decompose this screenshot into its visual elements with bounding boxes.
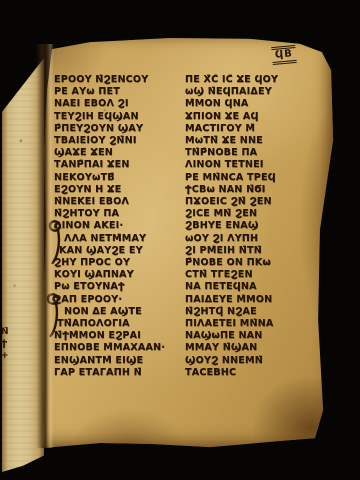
text-line: ϢΑϪΕ ϪΕΝ — [54, 147, 184, 159]
marginal-initial-alpha-1 — [45, 218, 65, 266]
text-line: ΜΑϹΤΙΓΟΥ Μ̄ — [185, 123, 321, 135]
marginal-initial-alpha-2 — [43, 291, 63, 339]
text-line: ΤΑϹΕΒΗϹ — [185, 367, 321, 379]
text-line: ΝΕΚΟΥωΤΒ̄ — [54, 172, 184, 184]
text-line: ΕΠΝΟΒΕ Μ̄ΜΑΧΑΑΝ· — [54, 342, 184, 354]
text-line: ϮϹΒω ΝΑΝ Ν̄ϬΙ — [185, 184, 321, 196]
edge-ink-marks: Ν̄Ϯ+ — [1, 326, 17, 362]
text-line: ΝΑ ΠΕΤΕϤΝΑ — [185, 281, 321, 293]
text-line: ΡΕ ΑΥω ΠΕΤ — [54, 86, 184, 98]
folio-number: ϤΒ — [271, 45, 296, 65]
text-line: ΠΙΛΑΕΤΕΙ ΜΝ̄ΝΑ — [185, 318, 321, 330]
text-line: ΛΙΝΟΝ ΤΕΤΝΕΙ — [185, 159, 321, 171]
text-column-right: ΠΕ Χ̄Ϲ̄ ΙϹ̄ ϪΕ ϤΟΥωϢ Ν̄ΕϤΠΑΙΔΕΥΜ̄ΜΟΝ ϤΝΑ… — [185, 74, 321, 379]
manuscript-page: ϤΒ ΕΡΟΟΥ Ν̄ϨΕΝϹΟΥΡΕ ΑΥω ΠΕΤΝΑΕΙ ΕΒΟΛ ϨΙΤ… — [40, 36, 334, 448]
text-line: Ν̄ϮΜ̄ΜΟΝ ΕϨΡΑΙ — [54, 330, 184, 342]
text-line: Ν̄ϨΗΤϤ̄ ΝϨΑΕ — [185, 306, 321, 318]
text-line: Ν̄ϨΗΤΟΥ ΠΑ — [54, 208, 184, 220]
book-fore-edge — [2, 58, 44, 472]
text-line: ΡΕ ΜΝ̄ΝϹΑ ΤΡΕϤ — [185, 172, 321, 184]
text-line: ΤΝ̄ΑΠΟΛΟΓΙΑ — [54, 318, 184, 330]
text-line: Ν̄ΝΕΚΕΙ ΕΒΟΛ — [54, 196, 184, 208]
text-line: ΓΑΡ ΕΤΑΓΑΠΗ Ν̄ — [54, 367, 184, 379]
text-line: Ϯ — [1, 338, 17, 350]
text-line: ΕΝϢΑΝΤΜ̄ ΕΙϢΕ — [54, 355, 184, 367]
manuscript-photo: Ν̄Ϯ+ ϤΒ ΕΡΟΟΥ Ν̄ϨΕΝϹΟΥΡΕ ΑΥω ΠΕΤΝΑΕΙ ΕΒΟ… — [0, 0, 360, 480]
text-line: ϹΤΝ̄ ΤΓΕϨΕΝ — [185, 269, 321, 281]
text-line: ϨΙ ΡΜ̄ΕΙΗ Ν̄ΤΝ̄ — [185, 245, 321, 257]
text-line: ΜωΤΝ̄ ϪΕ ΝΝΕ — [185, 135, 321, 147]
text-line: ϨΗΥ ΠΡΟϹ ΟΥ — [54, 257, 184, 269]
text-line: ΤΒΑΙΕΙΟΥ ϨΝ̄ΝΙ — [54, 135, 184, 147]
text-line: ϢΟΥϨ ΝΝΕΜΝ̄ — [185, 355, 321, 367]
text-line: Μ̄ΜΟΝ ϤΝΑ — [185, 98, 321, 110]
text-line: ΚΟΥΙ ϢΑΠΝΑΥ — [54, 269, 184, 281]
text-line: ΛΛΑ ΝΕΤΜ̄ΜΑΥ — [54, 233, 184, 245]
text-line: ΕΡΟΟΥ Ν̄ϨΕΝϹΟΥ — [54, 74, 184, 86]
text-column-left: ΕΡΟΟΥ Ν̄ϨΕΝϹΟΥΡΕ ΑΥω ΠΕΤΝΑΕΙ ΕΒΟΛ ϨΙΤΕΥϨ… — [54, 74, 184, 379]
text-line: ΤΕΥϨΙΗ ΕϤϢΑΝ — [54, 111, 184, 123]
text-line: ΤΑΝΡ̄ΠΑΙ ϪΕΝ — [54, 159, 184, 171]
text-line: ΜΜΑΥ Ν̄ϢΑΝ — [185, 342, 321, 354]
text-line: ΛΙΝΟΝ ΑΚΕΙ· — [54, 220, 184, 232]
text-line: Ν̄ — [1, 326, 17, 338]
text-line: ΕϨΟΥΝ Η ϪΕ — [54, 184, 184, 196]
text-line: Ρω ΕΤΟΥΝΑϮ — [54, 281, 184, 293]
text-line: ΤΝ̄Ρ̄ΝΟΒΕ ΠΑ — [185, 147, 321, 159]
text-line: ΠΕ Χ̄Ϲ̄ ΙϹ̄ ϪΕ ϤΟΥ — [185, 74, 321, 86]
text-line: ΠϪΟΕΙϹ ϨΝ̄ ϨΕΝ — [185, 196, 321, 208]
text-line: ϪΠΙΟΝ ϪΕ ΑϤ — [185, 111, 321, 123]
text-line: ωϢ Ν̄ΕϤΠΑΙΔΕΥ — [185, 86, 321, 98]
text-line: ϨΙϹΕ ΜΝ̄ ϨΕΝ — [185, 208, 321, 220]
text-line: ωΟΥ ϨΙ ΛΥΠΗ — [185, 233, 321, 245]
text-line: ϨΒΗΥΕ ΕΝΑϢ — [185, 220, 321, 232]
text-line: ΝΑΕΙ ΕΒΟΛ ϨΙ — [54, 98, 184, 110]
text-line: ΚΑΝ ϢΑΥϨΕ ΕΥ — [54, 245, 184, 257]
text-line: Ρ̄ΝΟΒΕ ΟΝ ΠΚω — [185, 257, 321, 269]
text-line: + — [1, 350, 17, 362]
text-line: Ρ̄ΠΕΥϨΟΥΝ ϢΑΥ — [54, 123, 184, 135]
text-line: ϨΑΠ ΕΡΟΟΥ· — [54, 294, 184, 306]
text-line: ΝΟΝ ΔΕ ΑϢΤΕ — [54, 306, 184, 318]
text-line: ΝΑϢωΠΕ ΝΑΝ — [185, 330, 321, 342]
text-line: ΠΑΙΔΕΥΕ Μ̄ΜΟΝ — [185, 294, 321, 306]
